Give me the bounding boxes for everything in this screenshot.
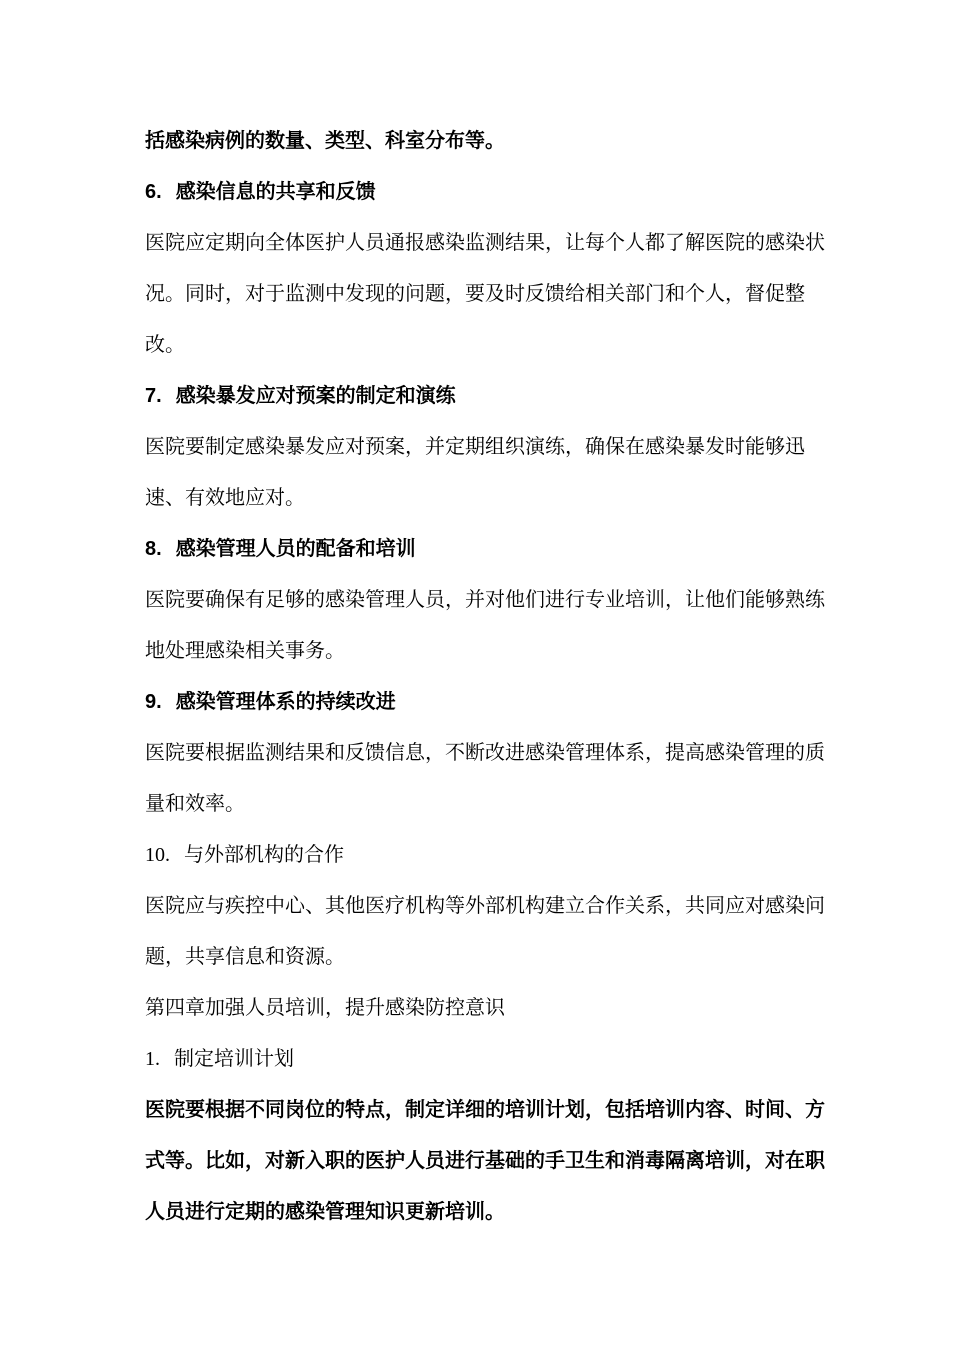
paragraph-line: 医院应定期向全体医护人员通报感染监测结果，让每个人都了解医院的感染状 [145, 218, 842, 269]
section-number: 8. [145, 524, 162, 575]
section-heading-text: 感染管理体系的持续改进 [176, 691, 396, 713]
section-heading-text: 感染信息的共享和反馈 [176, 181, 376, 203]
paragraph-line: 式等。比如，对新入职的医护人员进行基础的手卫生和消毒隔离培训，对在职 [145, 1136, 842, 1187]
paragraph-line: 量和效率。 [145, 779, 842, 830]
paragraph-line: 地处理感染相关事务。 [145, 626, 842, 677]
document-page: 括感染病例的数量、类型、科室分布等。 6.感染信息的共享和反馈 医院应定期向全体… [0, 0, 967, 1365]
section-heading-9: 9.感染管理体系的持续改进 [145, 677, 842, 728]
section-heading-6: 6.感染信息的共享和反馈 [145, 167, 842, 218]
paragraph-line: 改。 [145, 320, 842, 371]
section-heading-text: 感染管理人员的配备和培训 [176, 538, 416, 560]
paragraph-line: 医院要根据不同岗位的特点，制定详细的培训计划，包括培训内容、时间、方 [145, 1085, 842, 1136]
section-number: 9. [145, 677, 162, 728]
list-item-text: 与外部机构的合作 [184, 844, 344, 866]
list-item-1: 1.制定培训计划 [145, 1034, 842, 1085]
section-heading-8: 8.感染管理人员的配备和培训 [145, 524, 842, 575]
section-number: 7. [145, 371, 162, 422]
section-heading-7: 7.感染暴发应对预案的制定和演练 [145, 371, 842, 422]
list-item-number: 1. [145, 1034, 160, 1085]
paragraph-line: 医院要制定感染暴发应对预案，并定期组织演练，确保在感染暴发时能够迅 [145, 422, 842, 473]
paragraph-line: 况。同时，对于监测中发现的问题，要及时反馈给相关部门和个人，督促整 [145, 269, 842, 320]
list-item-text: 制定培训计划 [174, 1048, 294, 1070]
paragraph-line: 题，共享信息和资源。 [145, 932, 842, 983]
list-item-number: 10. [145, 830, 170, 881]
paragraph-line: 括感染病例的数量、类型、科室分布等。 [145, 116, 842, 167]
paragraph-line: 医院要根据监测结果和反馈信息，不断改进感染管理体系，提高感染管理的质 [145, 728, 842, 779]
paragraph-line: 人员进行定期的感染管理知识更新培训。 [145, 1187, 842, 1238]
paragraph-line: 医院要确保有足够的感染管理人员，并对他们进行专业培训，让他们能够熟练 [145, 575, 842, 626]
section-number: 6. [145, 167, 162, 218]
document-body: 括感染病例的数量、类型、科室分布等。 6.感染信息的共享和反馈 医院应定期向全体… [0, 0, 967, 1238]
section-heading-text: 感染暴发应对预案的制定和演练 [176, 385, 456, 407]
list-item-10: 10.与外部机构的合作 [145, 830, 842, 881]
chapter-heading: 第四章加强人员培训，提升感染防控意识 [145, 983, 842, 1034]
paragraph-line: 速、有效地应对。 [145, 473, 842, 524]
paragraph-line: 医院应与疾控中心、其他医疗机构等外部机构建立合作关系，共同应对感染问 [145, 881, 842, 932]
